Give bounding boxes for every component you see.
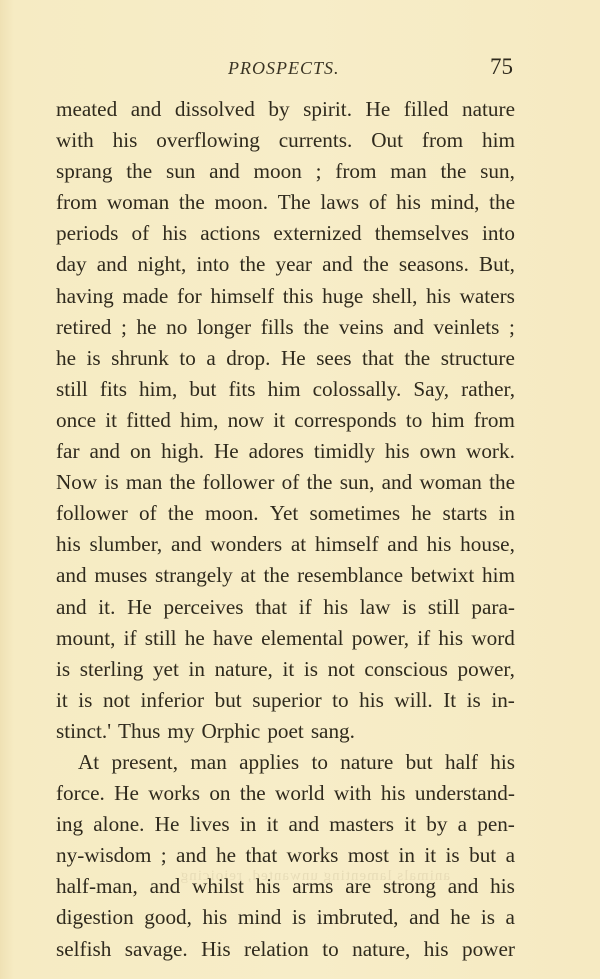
word: his [427, 529, 452, 560]
word: that [255, 592, 287, 623]
word: seasons. [399, 249, 469, 280]
word: his [385, 436, 410, 467]
word: the [240, 249, 266, 280]
word: it [267, 809, 279, 840]
text-line: hisslumber,andwondersathimselfandhishous… [56, 529, 515, 560]
bleed-through-text: animals lamenting unwanted, rejoicing [150, 868, 450, 886]
word: still [428, 592, 460, 623]
word: is [56, 654, 70, 685]
word: Say, [413, 374, 449, 405]
word: no [166, 312, 187, 343]
word: masters [329, 809, 394, 840]
word: yet [153, 654, 179, 685]
text-line: itisnotinferiorbutsuperiortohiswill.Itis… [56, 685, 515, 716]
text-line: farandonhigh.Headorestimidlyhisownwork. [56, 436, 515, 467]
text-line: stillfitshim,butfitshimcolossally.Say,ra… [56, 374, 515, 405]
word: pen- [477, 809, 515, 840]
word: into [482, 218, 515, 249]
text-line: force.Heworksontheworldwithhisunderstand… [56, 778, 515, 809]
word: wonders [210, 529, 282, 560]
word: his [323, 592, 348, 623]
word: perceives [164, 592, 244, 623]
word: for [177, 281, 202, 312]
word: he [216, 840, 236, 871]
word: man [126, 467, 162, 498]
word: the [170, 467, 196, 498]
word: it. [98, 592, 115, 623]
word: of [282, 467, 300, 498]
word: and [387, 529, 418, 560]
word: and [97, 249, 128, 280]
word: moon [254, 156, 302, 187]
book-page: PROSPECTS. 75 meatedanddissolvedbyspirit… [0, 0, 600, 979]
word: mount, [56, 623, 115, 654]
word: moon. [214, 187, 268, 218]
word: colossally. [313, 374, 402, 405]
word: word [471, 623, 515, 654]
word: far [56, 436, 80, 467]
word: sprang [56, 156, 113, 187]
text-line: fromwomanthemoon.Thelawsofhismind,the [56, 187, 515, 218]
word: him [432, 405, 465, 436]
word: waters [460, 281, 515, 312]
word: imbruted, [317, 902, 399, 933]
word: He [366, 94, 391, 125]
word: he [411, 498, 431, 529]
word: is [104, 467, 118, 498]
word: is [87, 343, 101, 374]
word: laws [320, 187, 359, 218]
word: his [203, 902, 228, 933]
word: ; [121, 312, 127, 343]
word: it [282, 654, 294, 685]
word: into [196, 249, 229, 280]
word: He [114, 778, 139, 809]
word: year [276, 249, 312, 280]
word: from [474, 405, 515, 436]
word: corresponds [294, 405, 396, 436]
word: day [56, 249, 87, 280]
word: law [360, 592, 391, 623]
word: periods [56, 218, 118, 249]
word: is [446, 840, 460, 871]
word: is [292, 902, 306, 933]
word: him, [180, 405, 218, 436]
word: half [445, 747, 478, 778]
word: on [130, 436, 151, 467]
word: rather, [461, 374, 515, 405]
word: having [56, 281, 114, 312]
text-line: sprangthesunandmoon;frommanthesun, [56, 156, 515, 187]
word: follower [56, 498, 128, 529]
word: adores [249, 436, 304, 467]
text-line: ny-wisdom;andhethatworksmostinitisbuta [56, 840, 515, 871]
word: of [369, 187, 387, 218]
word: present, [112, 747, 178, 778]
word: It [443, 685, 456, 716]
word: in [188, 654, 204, 685]
word: power, [352, 623, 409, 654]
word: and [409, 902, 440, 933]
word: power, [458, 654, 515, 685]
word: the [263, 560, 289, 591]
word: and [448, 871, 479, 902]
word: Orphic [201, 716, 260, 747]
word: his [424, 934, 449, 965]
word: to [311, 747, 327, 778]
word: in [240, 809, 256, 840]
word: that [245, 840, 277, 871]
word: retired [56, 312, 111, 343]
word: the [307, 467, 333, 498]
word: slumber, [90, 529, 163, 560]
word: and [171, 529, 202, 560]
word: fits [100, 374, 127, 405]
word: savage. [125, 934, 188, 965]
word: betwixt [411, 560, 475, 591]
word: this [283, 281, 314, 312]
text-line: dayandnight,intotheyearandtheseasons.But… [56, 249, 515, 280]
word: drop. [226, 343, 270, 374]
text-line-paragraph-end: stinct.'ThusmyOrphicpoetsang. [56, 716, 515, 747]
word: if [124, 623, 137, 654]
word: the [441, 156, 467, 187]
word: applies [239, 747, 299, 778]
word: starts [443, 498, 488, 529]
word: and [382, 467, 413, 498]
text-line: issterlingyetinnature,itisnotconsciouspo… [56, 654, 515, 685]
word: He [214, 436, 239, 467]
word: relation [244, 934, 309, 965]
word: and [209, 156, 240, 187]
word: and [131, 94, 162, 125]
word: is [481, 902, 495, 933]
word: he [56, 343, 76, 374]
word: but [406, 747, 433, 778]
word: conscious [364, 654, 448, 685]
word: Out [371, 125, 403, 156]
word: him [268, 374, 301, 405]
word: resemblance [297, 560, 403, 591]
word: At [78, 747, 99, 778]
word: the [303, 312, 329, 343]
word: and [176, 840, 207, 871]
word: the [179, 187, 205, 218]
word: the [489, 467, 515, 498]
text-line: havingmadeforhimselfthishugeshell,hiswat… [56, 281, 515, 312]
text-line-paragraph-start: Atpresent,manappliestonaturebuthalfhis [56, 747, 515, 778]
text-line: onceitfittedhim,nowitcorrespondstohimfro… [56, 405, 515, 436]
word: in- [491, 685, 515, 716]
word: The [278, 187, 311, 218]
word: works [287, 840, 339, 871]
word: Thus [118, 716, 160, 747]
word: veinlets [433, 312, 499, 343]
word: work. [466, 436, 515, 467]
word: Yet [270, 498, 298, 529]
word: works [148, 778, 200, 809]
word: and [289, 809, 320, 840]
word: longer [197, 312, 251, 343]
word: sang. [311, 716, 355, 747]
word: him [482, 560, 515, 591]
word: of [132, 218, 150, 249]
word: will. [394, 685, 432, 716]
word: ; [316, 156, 322, 187]
word: shrunk [111, 343, 169, 374]
word: made [122, 281, 168, 312]
word: nature [462, 94, 515, 125]
word: Now [56, 467, 97, 498]
word: dissolved [175, 94, 255, 125]
word: ; [161, 840, 167, 871]
word: huge [322, 281, 363, 312]
word: veins [339, 312, 384, 343]
word: is [304, 654, 318, 685]
word: to [322, 934, 338, 965]
text-line: ingalone.Helivesinitandmastersitbyapen- [56, 809, 515, 840]
word: himself [315, 529, 379, 560]
text-line: followerofthemoon.Yetsometimeshestartsin [56, 498, 515, 529]
word: him, [139, 374, 177, 405]
word: and [89, 436, 120, 467]
word: strangely [155, 560, 233, 591]
word: his [396, 187, 421, 218]
word: his [113, 125, 138, 156]
word: ing [56, 809, 83, 840]
word: once [56, 405, 96, 436]
word: and [322, 249, 353, 280]
word: filled [404, 94, 449, 125]
word: now [228, 405, 265, 436]
text-line: digestiongood,hismindisimbruted,andheisa [56, 902, 515, 933]
word: fitted [126, 405, 171, 436]
word: ; [509, 312, 515, 343]
word: if [299, 592, 312, 623]
word: understand- [415, 778, 515, 809]
word: lives [190, 809, 230, 840]
word: power [462, 934, 515, 965]
word: sterling [80, 654, 144, 685]
word: the [126, 156, 152, 187]
word: mind, [431, 187, 480, 218]
word: a [506, 902, 515, 933]
word: his [490, 871, 515, 902]
text-line: andmusesstrangelyattheresemblancebetwixt… [56, 560, 515, 591]
word: most [348, 840, 389, 871]
word: moon. [205, 498, 259, 529]
word: to [406, 405, 422, 436]
word: shell, [372, 281, 417, 312]
word: He [281, 343, 306, 374]
word: his [359, 685, 384, 716]
word: still [56, 374, 88, 405]
running-title: PROSPECTS. [228, 58, 340, 79]
word: and [56, 560, 87, 591]
word: currents. [279, 125, 353, 156]
word: him [482, 125, 515, 156]
word: his [162, 218, 187, 249]
word: that [362, 343, 394, 374]
word: a [506, 840, 515, 871]
word: is [402, 592, 416, 623]
word: ny-wisdom [56, 840, 151, 871]
word: at [291, 529, 306, 560]
word: his [426, 281, 451, 312]
word: fills [261, 312, 294, 343]
word: world [275, 778, 324, 809]
running-head: PROSPECTS. 75 [0, 56, 600, 86]
word: of [139, 498, 157, 529]
word: but [215, 685, 242, 716]
word: but [189, 374, 216, 405]
word: it [273, 405, 285, 436]
word: own [420, 436, 457, 467]
word: and [56, 592, 87, 623]
text-line: meatedanddissolvedbyspirit.Hefillednatur… [56, 94, 515, 125]
word: have [213, 623, 253, 654]
word: themselves [375, 218, 469, 249]
body-text: meatedanddissolvedbyspirit.Hefillednatur… [56, 94, 515, 965]
word: nature [340, 747, 393, 778]
word: from [56, 187, 97, 218]
word: still [145, 623, 177, 654]
word: poet [267, 716, 303, 747]
word: stinct.' [56, 716, 111, 747]
word: sometimes [309, 498, 400, 529]
word: it [56, 685, 68, 716]
word: his [381, 778, 406, 809]
word: on [209, 778, 230, 809]
word: in [499, 498, 515, 529]
word: and [393, 312, 424, 343]
word: sun [166, 156, 195, 187]
word: my [167, 716, 194, 747]
word: a [206, 343, 215, 374]
word: with [56, 125, 94, 156]
word: the [404, 343, 430, 374]
word: he [136, 312, 156, 343]
word: himself [210, 281, 274, 312]
word: timidly [314, 436, 375, 467]
text-line: periodsofhisactionsexternizedthemselvesi… [56, 218, 515, 249]
word: his [56, 529, 81, 560]
word: structure [441, 343, 515, 374]
word: is [78, 685, 92, 716]
word: He [127, 592, 152, 623]
word: it [105, 405, 117, 436]
word: externized [273, 218, 361, 249]
word: from [335, 156, 376, 187]
word: selfish [56, 934, 111, 965]
word: woman [419, 467, 481, 498]
word: His [201, 934, 230, 965]
word: man [390, 156, 426, 187]
word: from [422, 125, 463, 156]
word: follower [203, 467, 275, 498]
word: to [332, 685, 348, 716]
word: not [103, 685, 130, 716]
word: digestion [56, 902, 134, 933]
word: overflowing [156, 125, 260, 156]
word: force. [56, 778, 105, 809]
word: mind [238, 902, 282, 933]
word: by [426, 809, 447, 840]
word: he [450, 902, 470, 933]
text-line: Nowismanthefollowerofthesun,andwomanthe [56, 467, 515, 498]
word: house, [460, 529, 515, 560]
word: sees [316, 343, 351, 374]
word: nature, [215, 654, 273, 685]
word: not [328, 654, 355, 685]
word: actions [200, 218, 260, 249]
word: his [438, 623, 463, 654]
word: sun, [340, 467, 375, 498]
word: to [179, 343, 195, 374]
word: nature, [352, 934, 410, 965]
word: by [268, 94, 289, 125]
word: night, [137, 249, 186, 280]
word: sun, [480, 156, 515, 187]
word: para- [471, 592, 515, 623]
word: inferior [141, 685, 205, 716]
text-line: heisshrunktoadrop.Heseesthatthestructure [56, 343, 515, 374]
word: the [489, 187, 515, 218]
word: He [155, 809, 180, 840]
word: fits [228, 374, 255, 405]
word: man [190, 747, 226, 778]
word: he [185, 623, 205, 654]
word: woman [107, 187, 169, 218]
text-line: mount,ifstillhehaveelementalpower,ifhisw… [56, 623, 515, 654]
word: it [404, 809, 416, 840]
text-line: selfishsavage.Hisrelationtonature,hispow… [56, 934, 515, 965]
word: at [240, 560, 255, 591]
word: alone. [93, 809, 144, 840]
word: with [334, 778, 372, 809]
word: it [424, 840, 436, 871]
text-line: retired;henolongerfillstheveinsandveinle… [56, 312, 515, 343]
word: his [490, 747, 515, 778]
word: elemental [261, 623, 343, 654]
word: the [168, 498, 194, 529]
word: But, [479, 249, 515, 280]
word: superior [252, 685, 321, 716]
word: high. [161, 436, 204, 467]
word: but [469, 840, 496, 871]
text-line: andit.Heperceivesthatifhislawisstillpara… [56, 592, 515, 623]
word: the [240, 778, 266, 809]
word: half-man, [56, 871, 138, 902]
word: in [398, 840, 414, 871]
word: muses [94, 560, 147, 591]
word: is [467, 685, 481, 716]
word: a [458, 809, 467, 840]
word: the [363, 249, 389, 280]
word: if [417, 623, 430, 654]
word: good, [144, 902, 192, 933]
page-number: 75 [490, 54, 513, 80]
word: spirit. [303, 94, 352, 125]
word: meated [56, 94, 117, 125]
text-line: withhisoverflowingcurrents.Outfromhim [56, 125, 515, 156]
